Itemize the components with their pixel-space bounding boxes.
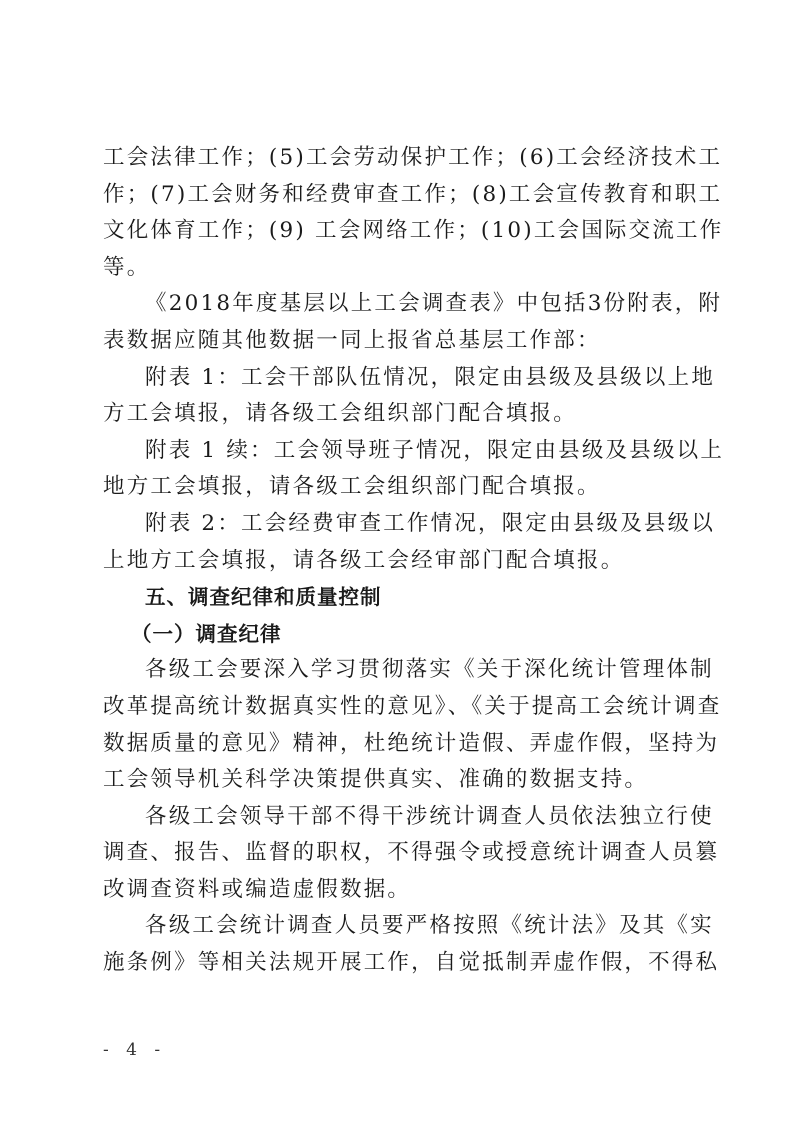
text-line: 工会法律工作；(5)工会劳动保护工作；(6)工会经济技术工 <box>103 140 695 177</box>
text-line: 作；(7)工会财务和经费审查工作；(8)工会宣传教育和职工 <box>103 177 695 214</box>
text-line: 数据质量的意见》精神，杜绝统计造假、弄虚作假，坚持为 <box>103 726 695 763</box>
text-line: 各级工会领导干部不得干涉统计调查人员依法独立行使 <box>103 799 695 836</box>
subsection-heading: （一）调查纪律 <box>103 616 695 653</box>
text-line: 《2018年度基层以上工会调查表》中包括3份附表，附 <box>103 286 695 323</box>
body-paragraphs-appendix: 工会法律工作；(5)工会劳动保护工作；(6)工会经济技术工作；(7)工会财务和经… <box>103 140 695 579</box>
text-line: 文化体育工作；(9) 工会网络工作；(10)工会国际交流工作 <box>103 213 695 250</box>
text-line: 地方工会填报，请各级工会组织部门配合填报。 <box>103 469 695 506</box>
document-page: 工会法律工作；(5)工会劳动保护工作；(6)工会经济技术工作；(7)工会财务和经… <box>103 140 695 982</box>
text-line: 表数据应随其他数据一同上报省总基层工作部： <box>103 323 695 360</box>
text-line: 工会领导机关科学决策提供真实、准确的数据支持。 <box>103 762 695 799</box>
text-line: 各级工会要深入学习贯彻落实《关于深化统计管理体制 <box>103 652 695 689</box>
text-line: 改调查资料或编造虚假数据。 <box>103 872 695 909</box>
text-line: 调查、报告、监督的职权，不得强令或授意统计调查人员篡 <box>103 835 695 872</box>
text-line: 附表 1：工会干部队伍情况，限定由县级及县级以上地 <box>103 360 695 397</box>
section-heading: 五、调查纪律和质量控制 <box>103 579 695 616</box>
body-paragraphs-discipline: 各级工会要深入学习贯彻落实《关于深化统计管理体制改革提高统计数据真实性的意见》、… <box>103 652 695 981</box>
text-line: 施条例》等相关法规开展工作，自觉抵制弄虚作假，不得私 <box>103 945 695 982</box>
text-line: 各级工会统计调查人员要严格按照《统计法》及其《实 <box>103 908 695 945</box>
text-line: 等。 <box>103 250 695 287</box>
text-line: 附表 2：工会经费审查工作情况，限定由县级及县级以 <box>103 506 695 543</box>
text-line: 方工会填报，请各级工会组织部门配合填报。 <box>103 396 695 433</box>
text-line: 上地方工会填报，请各级工会经审部门配合填报。 <box>103 543 695 580</box>
page-number: - 4 - <box>103 1040 166 1060</box>
text-line: 改革提高统计数据真实性的意见》、《关于提高工会统计调查 <box>103 689 695 726</box>
text-line: 附表 1 续：工会领导班子情况，限定由县级及县级以上 <box>103 433 695 470</box>
